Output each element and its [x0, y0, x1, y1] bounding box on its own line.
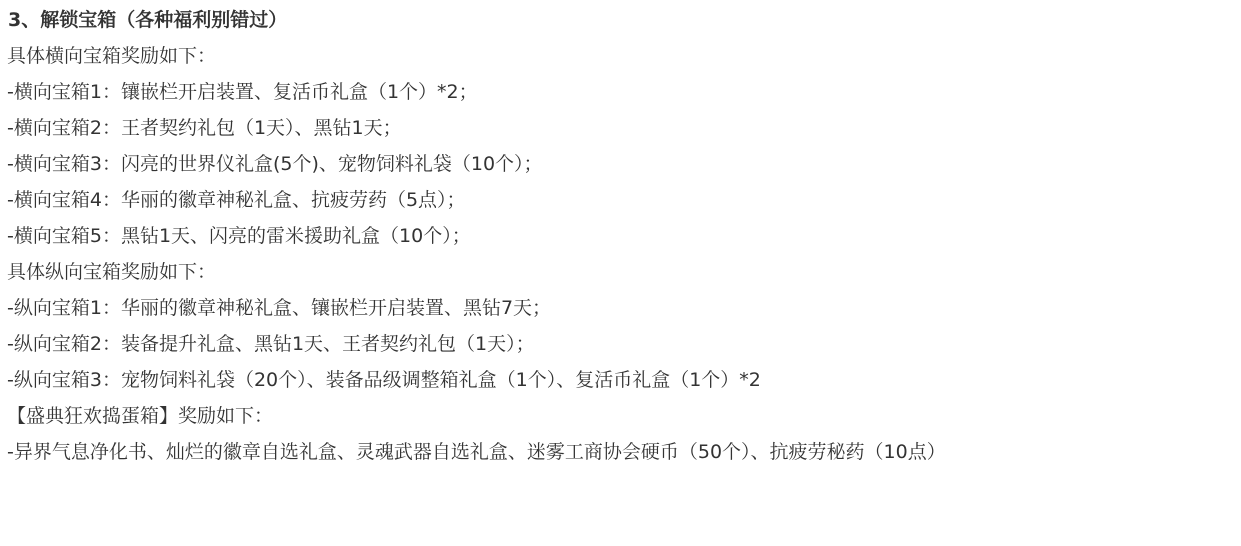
section-heading: 3、解锁宝箱（各种福利别错过） — [7, 2, 1241, 38]
list-item: -横向宝箱1：镶嵌栏开启装置、复活币礼盒（1个）*2； — [7, 74, 1241, 110]
horizontal-chest-section: 具体横向宝箱奖励如下： -横向宝箱1：镶嵌栏开启装置、复活币礼盒（1个）*2； … — [7, 38, 1241, 254]
list-item: -横向宝箱5：黑钻1天、闪亮的雷米援助礼盒（10个）； — [7, 218, 1241, 254]
list-item: -纵向宝箱2：装备提升礼盒、黑钻1天、王者契约礼包（1天）； — [7, 326, 1241, 362]
section-intro: 【盛典狂欢捣蛋箱】奖励如下： — [7, 398, 1241, 434]
section-intro: 具体横向宝箱奖励如下： — [7, 38, 1241, 74]
vertical-chest-section: 具体纵向宝箱奖励如下： -纵向宝箱1：华丽的徽章神秘礼盒、镶嵌栏开启装置、黑钻7… — [7, 254, 1241, 398]
list-item: -横向宝箱2：王者契约礼包（1天）、黑钻1天； — [7, 110, 1241, 146]
list-item: -横向宝箱4：华丽的徽章神秘礼盒、抗疲劳药（5点）； — [7, 182, 1241, 218]
trick-box-section: 【盛典狂欢捣蛋箱】奖励如下： -异界气息净化书、灿烂的徽章自选礼盒、灵魂武器自选… — [7, 398, 1241, 470]
list-item: -纵向宝箱3：宠物饲料礼袋（20个）、装备品级调整箱礼盒（1个）、复活币礼盒（1… — [7, 362, 1241, 398]
list-item: -异界气息净化书、灿烂的徽章自选礼盒、灵魂武器自选礼盒、迷雾工商协会硬币（50个… — [7, 434, 1241, 470]
list-item: -横向宝箱3：闪亮的世界仪礼盒(5个)、宠物饲料礼袋（10个）； — [7, 146, 1241, 182]
section-intro: 具体纵向宝箱奖励如下： — [7, 254, 1241, 290]
article-body: 3、解锁宝箱（各种福利别错过） 具体横向宝箱奖励如下： -横向宝箱1：镶嵌栏开启… — [0, 0, 1241, 470]
list-item: -纵向宝箱1：华丽的徽章神秘礼盒、镶嵌栏开启装置、黑钻7天； — [7, 290, 1241, 326]
